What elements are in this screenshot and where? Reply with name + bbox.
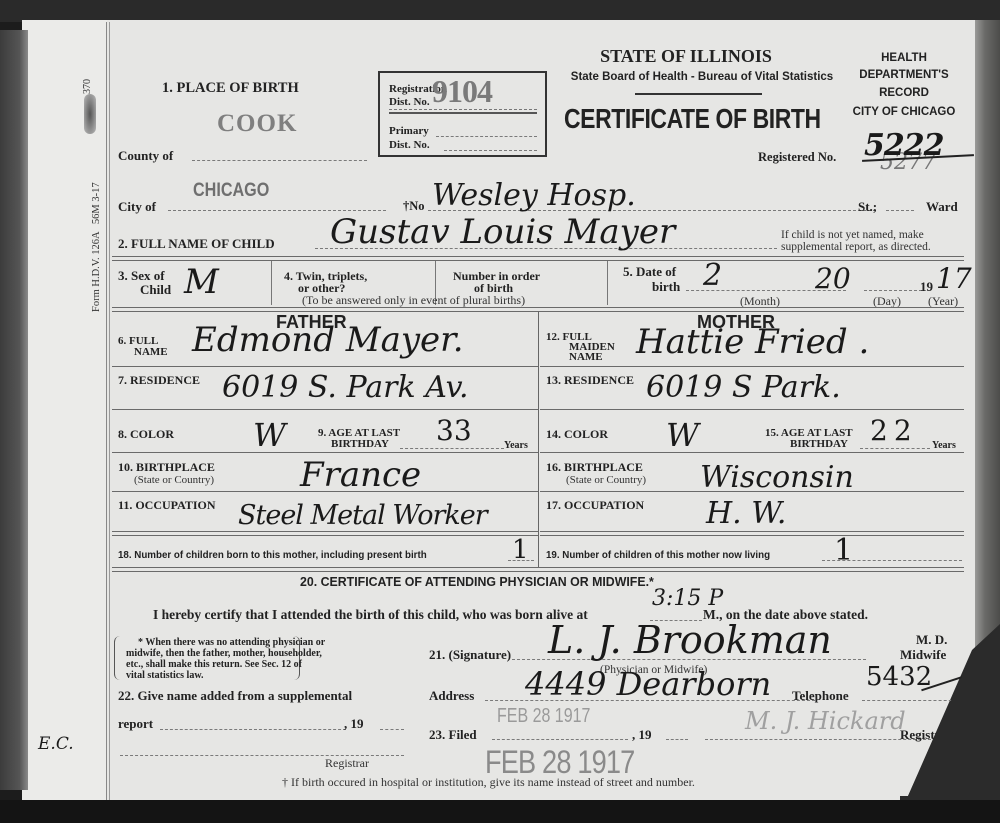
mother-residence-label: 13. RESIDENCE: [546, 375, 634, 386]
filed-field: [492, 739, 628, 740]
dob-year-suffix: 17: [936, 262, 972, 295]
dept-line-4: CITY OF CHICAGO: [846, 106, 962, 118]
primary-dist-label-1: Primary: [389, 126, 429, 137]
father-age-label-2: BIRTHDAY: [331, 439, 389, 450]
telephone-label: Telephone: [792, 688, 849, 704]
primary-dist-field-2: [444, 150, 537, 151]
father-birthplace-label: 10. BIRTHPLACE: [118, 462, 215, 473]
children-living-value: 1: [834, 533, 853, 568]
father-name-value: Edmond Mayer.: [192, 320, 464, 360]
rule-father-birthplace: [112, 491, 538, 492]
place-of-birth-heading: 1. PLACE OF BIRTH: [162, 80, 299, 97]
street-no-value: Wesley Hosp.: [432, 178, 636, 213]
mother-occupation-label: 17. OCCUPATION: [546, 500, 644, 511]
rule-mother-occupation: [540, 531, 964, 536]
scan-top-border: [0, 0, 1000, 22]
telephone-field: [862, 700, 962, 701]
mother-birthplace-label: 16. BIRTHPLACE: [546, 462, 643, 473]
supplemental-label-1: 22. Give name added from a supplemental: [118, 688, 352, 704]
father-name-label-2: NAME: [134, 347, 168, 358]
filed-year: , 19: [632, 727, 652, 743]
child-name-note-2: supplemental report, as directed.: [781, 241, 931, 253]
county-label: County of: [118, 148, 173, 164]
frame-left-line-inner: [109, 22, 110, 800]
mother-name-value: Hattie Fried .: [636, 322, 869, 362]
state-title: STATE OF ILLINOIS: [556, 46, 816, 67]
reg-box-divider: [389, 109, 537, 114]
dept-line-1: HEALTH: [846, 52, 962, 64]
rule-mother-color: [540, 452, 964, 453]
address-label: Address: [429, 688, 474, 704]
footnote-line-2: midwife, then the father, mother, househ…: [126, 648, 322, 659]
father-residence-label: 7. RESIDENCE: [118, 375, 200, 386]
father-occupation-value: Steel Metal Worker: [238, 500, 487, 531]
rule-below-name: [112, 256, 964, 261]
union-label-number: 370: [82, 79, 93, 94]
registrar-signature: M. J. Hickard: [745, 707, 906, 735]
children-living-label: 19. Number of children of this mother no…: [546, 549, 770, 561]
mother-color-value: W: [666, 416, 699, 454]
frame-left-line: [106, 22, 107, 800]
rule-father-residence: [112, 409, 538, 410]
ward-label: Ward: [926, 199, 958, 215]
dob-label-2: birth: [652, 279, 680, 295]
mother-name-label-3: NAME: [569, 352, 603, 363]
mother-age-field: [860, 448, 930, 449]
scan-bottom-overlay: [0, 800, 1000, 823]
registrar-caption: Registrar: [325, 756, 369, 771]
physician-signature: L. J. Brookman: [548, 618, 832, 662]
rule-mother-name: [540, 366, 964, 367]
st-label: St.;: [858, 199, 877, 215]
filed-year-field: [666, 739, 688, 740]
rule-below-children: [112, 567, 964, 572]
city-stamp: CHICAGO: [193, 180, 269, 202]
certify-text: I hereby certify that I attended the bir…: [153, 607, 588, 623]
child-name-value: Gustav Louis Mayer: [330, 212, 675, 252]
children-born-label: 18. Number of children born to this moth…: [118, 549, 427, 561]
physician-address-value: 4449 Dearborn: [525, 665, 771, 703]
mother-birthplace-value: Wisconsin: [700, 460, 854, 495]
mother-residence-value: 6019 S Park.: [646, 370, 841, 405]
mother-birthplace-sub: (State or Country): [566, 474, 646, 486]
ward-field: [886, 210, 914, 211]
mother-age-value: 22: [870, 414, 918, 447]
dept-line-2: DEPARTMENT'S: [846, 69, 962, 81]
supplemental-year-field: [380, 729, 404, 730]
footer-note: † If birth occured in hospital or instit…: [282, 775, 695, 790]
filed-stamp-top: FEB 28 1917: [497, 705, 590, 728]
filed-label: 23. Filed: [429, 727, 477, 743]
supplemental-label-2: report: [118, 716, 153, 732]
union-label-icon: [84, 94, 96, 134]
telephone-value: 5432: [866, 662, 932, 692]
child-name-note-1: If child is not yet named, make: [781, 229, 924, 241]
father-age-value: 33: [436, 414, 472, 447]
margin-initials: E.C.: [38, 734, 74, 754]
registered-no-label: Registered No.: [758, 150, 836, 165]
binding-shadow: [0, 30, 28, 790]
mother-age-label-2: BIRTHDAY: [790, 439, 848, 450]
father-birthplace-value: France: [300, 455, 421, 495]
divider-order-date: [607, 261, 608, 305]
father-color-label: 8. COLOR: [118, 429, 174, 440]
page-right-edge-overlay: [975, 20, 1000, 610]
dob-month: 2: [703, 258, 722, 293]
sex-label-2: Child: [140, 282, 171, 298]
header-rule: [635, 93, 762, 95]
footnote-line-4: vital statistics law.: [126, 670, 204, 681]
dob-label-1: 5. Date of: [623, 264, 676, 280]
dept-line-3: RECORD: [846, 87, 962, 99]
primary-dist-label-2: Dist. No.: [389, 140, 430, 151]
signature-label: 21. (Signature): [429, 647, 511, 663]
rule-father-color: [112, 452, 538, 453]
county-stamp: COOK: [217, 110, 297, 138]
rule-father-name: [112, 366, 538, 367]
board-title: State Board of Health - Bureau of Vital …: [556, 71, 848, 83]
form-number: Form H.D.V. 126A 56M 3-17: [91, 182, 102, 312]
supplemental-field: [160, 729, 346, 730]
md-label: M. D.: [916, 632, 947, 648]
father-color-value: W: [253, 416, 286, 454]
reg-dist-label-2: Dist. No.: [389, 97, 430, 108]
mother-occupation-value: H. W.: [706, 496, 786, 531]
rule-mother-birthplace: [540, 491, 964, 492]
father-residence-value: 6019 S. Park Av.: [222, 370, 469, 405]
page-margin: [22, 20, 107, 800]
mother-color-label: 14. COLOR: [546, 429, 608, 440]
rule-mother-residence: [540, 409, 964, 410]
child-name-label: 2. FULL NAME OF CHILD: [118, 236, 275, 252]
father-years-label: Years: [504, 440, 528, 451]
divider-sex-twin: [271, 261, 272, 305]
footnote-line-3: etc., shall make this return. See Sec. 1…: [126, 659, 302, 670]
mother-years-label: Years: [932, 440, 956, 451]
city-label: City of: [118, 199, 156, 215]
dob-year-field: [864, 290, 922, 291]
dob-day: 20: [815, 262, 851, 295]
dob-year-prefix: 19: [920, 279, 933, 295]
children-born-value: 1: [512, 535, 529, 565]
father-mother-divider: [538, 311, 539, 567]
certificate-title: CERTIFICATE OF BIRTH: [564, 103, 821, 135]
sex-value: M: [184, 262, 219, 302]
supplemental-year: , 19: [344, 716, 364, 732]
physician-heading: 20. CERTIFICATE OF ATTENDING PHYSICIAN O…: [300, 574, 654, 589]
father-birthplace-sub: (State or Country): [134, 474, 214, 486]
primary-dist-field-1: [436, 136, 537, 137]
reg-dist-value: 9104: [432, 73, 492, 110]
county-field: [192, 160, 367, 161]
registrar-field: [705, 739, 931, 740]
father-age-field: [400, 448, 504, 449]
father-occupation-label: 11. OCCUPATION: [118, 500, 216, 511]
midwife-label: Midwife: [900, 647, 946, 663]
footnote-line-1: * When there was no attending physician …: [138, 637, 325, 648]
plural-births-note: (To be answered only in event of plural …: [302, 293, 525, 308]
city-field: [168, 210, 386, 211]
rule-father-occupation: [112, 531, 538, 536]
